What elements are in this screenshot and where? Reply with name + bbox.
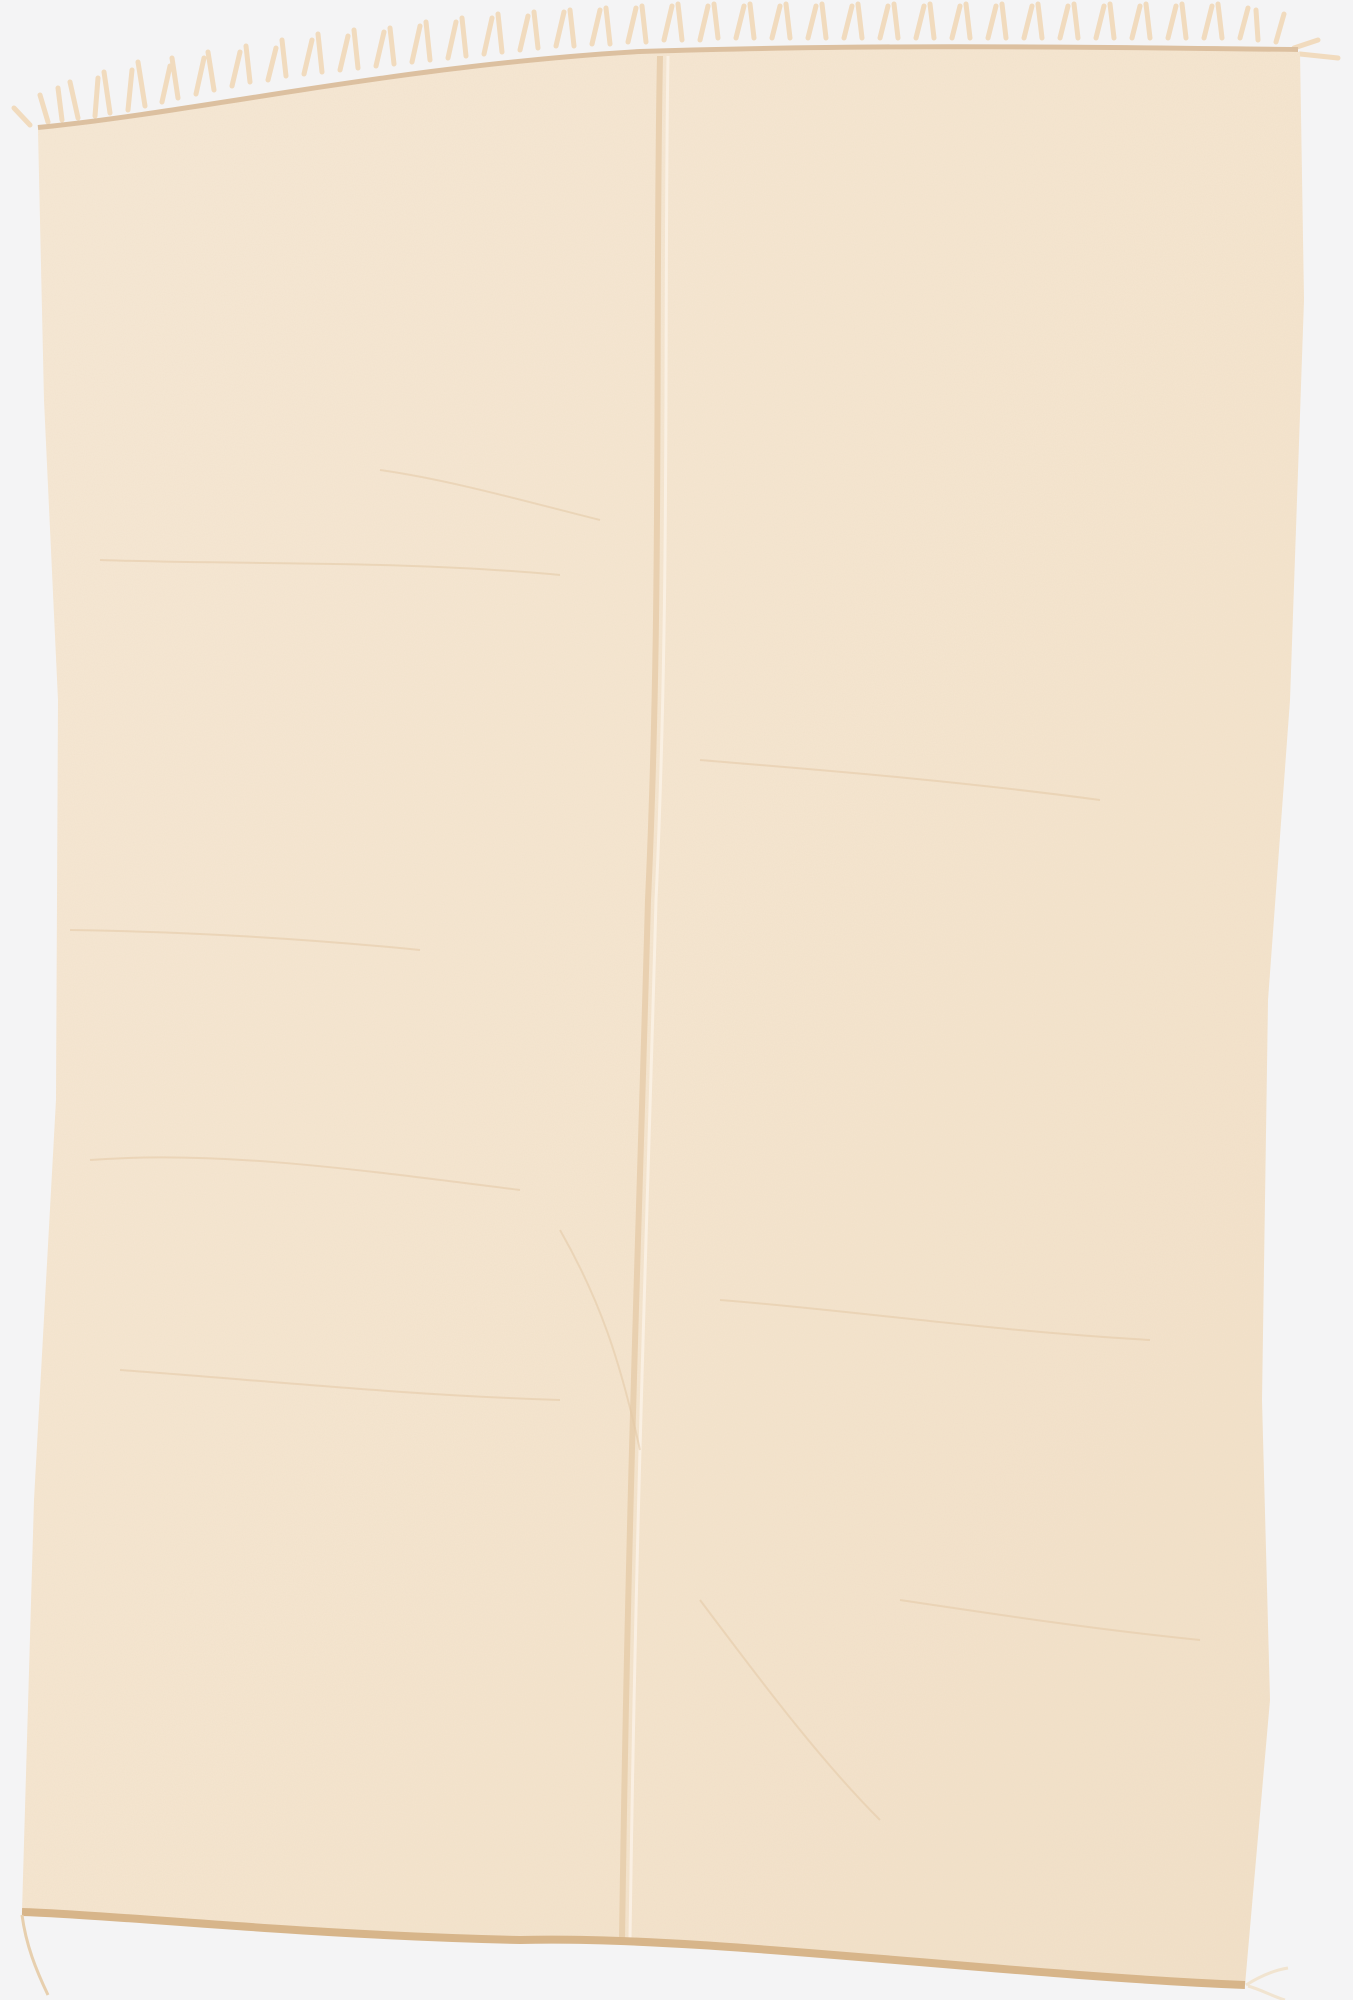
rug-illustration [0, 0, 1353, 2000]
cord-left [22, 1915, 48, 1995]
rug-photo: Overhead product photo of a plain cream/… [0, 0, 1353, 2000]
rug-body [22, 49, 1304, 1985]
cord-right [1246, 1968, 1288, 2000]
